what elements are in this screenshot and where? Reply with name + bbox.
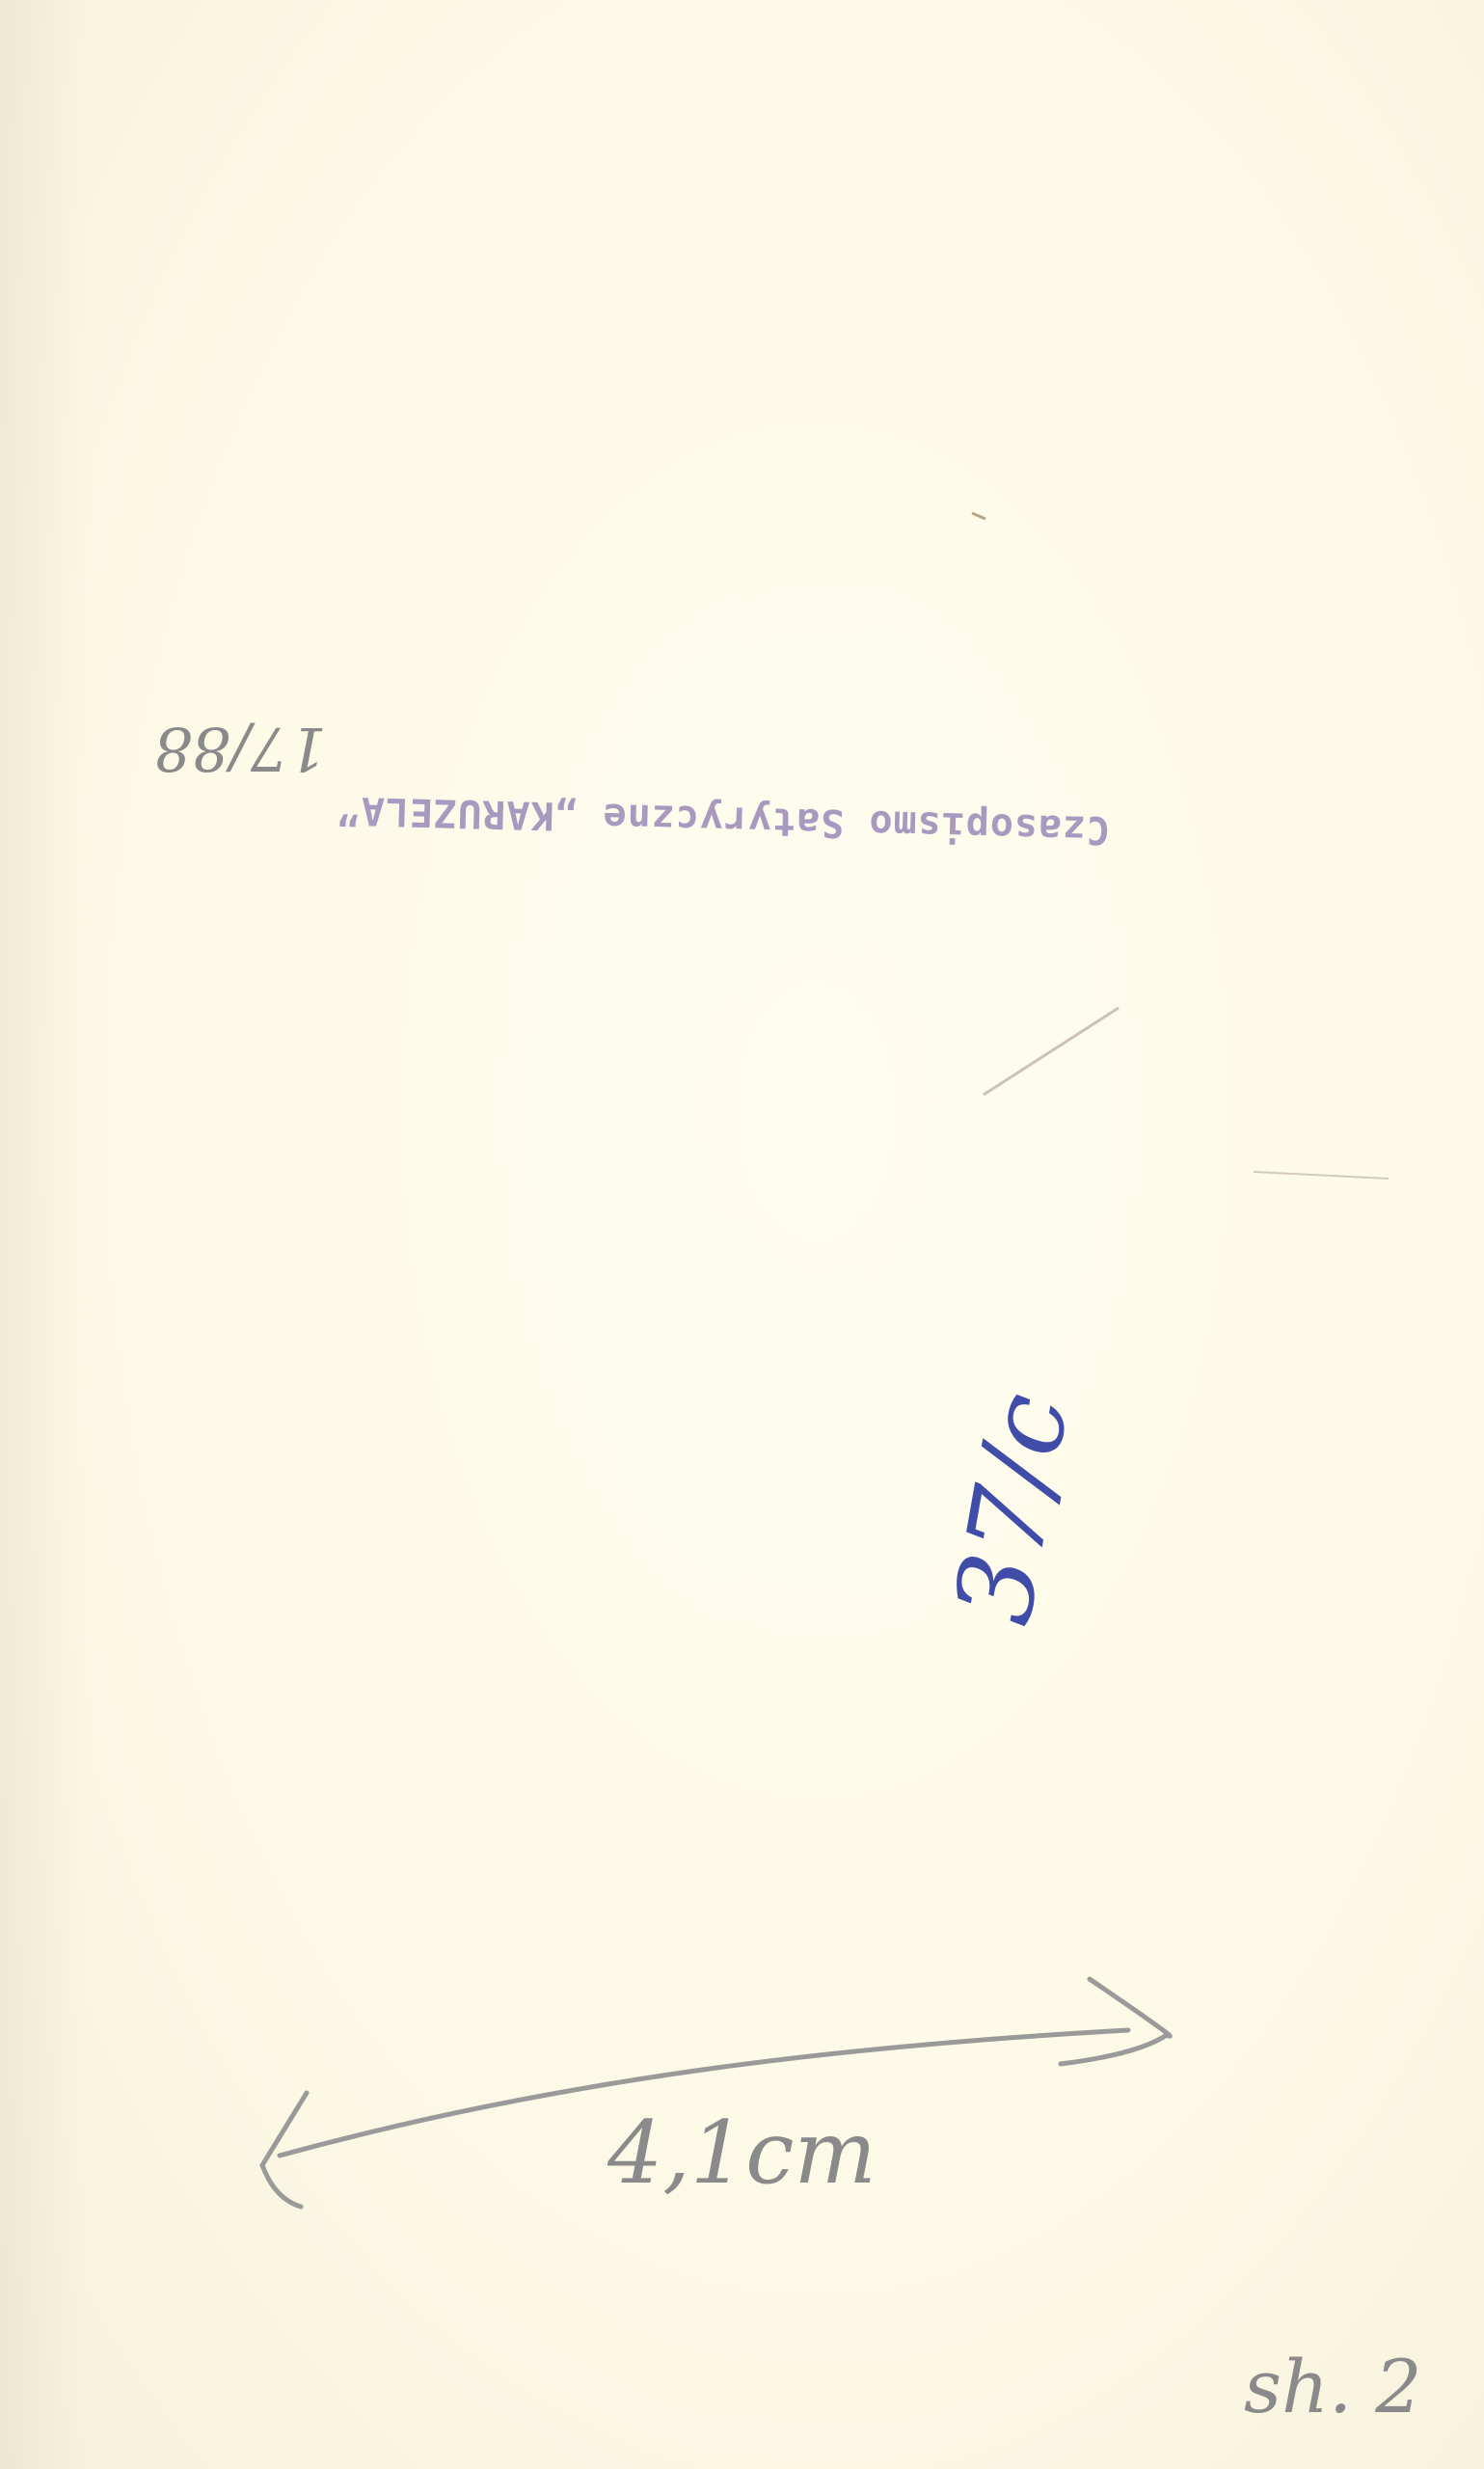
measurement-arrow-icon <box>0 0 1484 2469</box>
measurement-label: 4,1cm <box>607 2103 877 2204</box>
sheet-mark: sh. 2 <box>1244 2344 1422 2429</box>
